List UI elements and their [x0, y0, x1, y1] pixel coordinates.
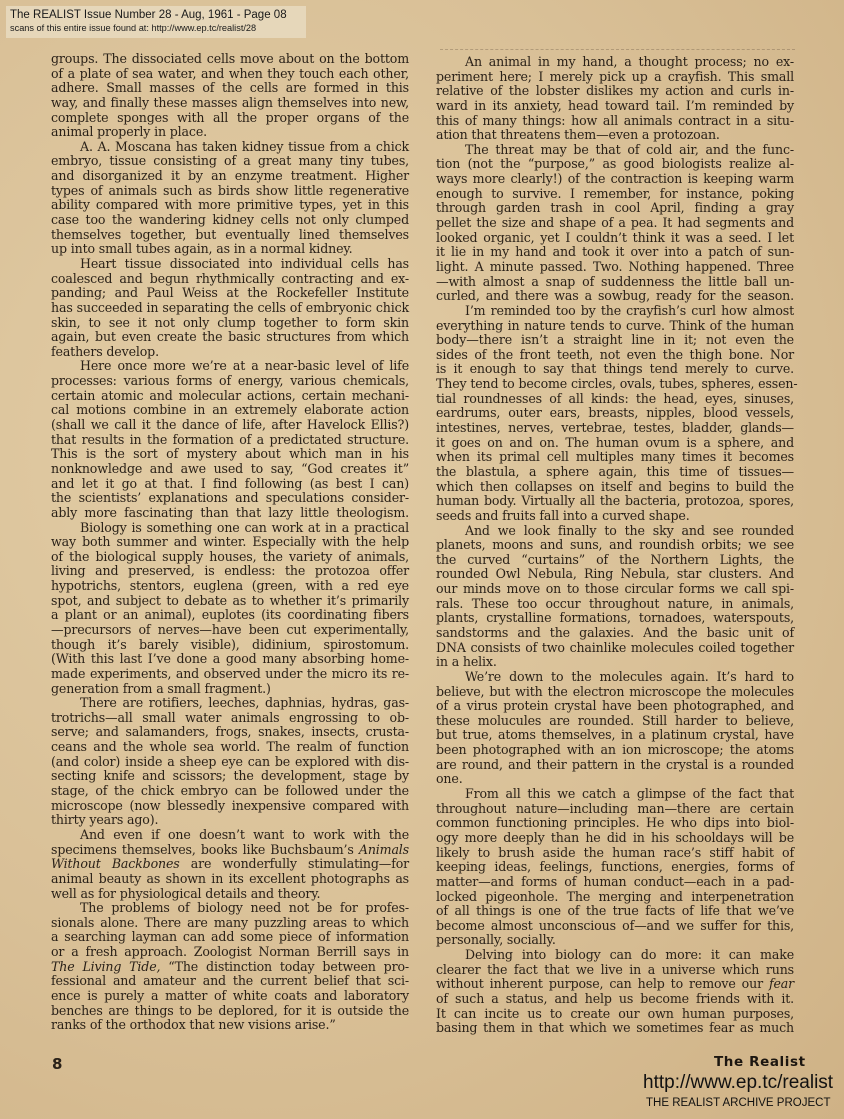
text-line: become almost unconscious of—and we suff…: [436, 919, 794, 934]
text-line: of a virus protein crystal have been pho…: [436, 699, 794, 714]
line-text: believe, but with the electron microscop…: [436, 684, 794, 699]
text-line: ation that threatens them—even a protozo…: [436, 128, 794, 143]
text-line: of such a status, and help us become fri…: [436, 992, 794, 1007]
line-text: benches are things to be deplored, for i…: [51, 1003, 409, 1018]
text-line: ability compared with more primitive typ…: [51, 198, 409, 213]
publication-name: The Realist: [714, 1054, 806, 1070]
text-line: or a fresh approach. Zoologist Norman Be…: [51, 945, 409, 960]
line-text: An animal in my hand, a thought process;…: [465, 54, 794, 69]
line-text: themselves together, but eventually line…: [51, 227, 409, 242]
line-text: stage, of the chick embryo can be follow…: [51, 783, 409, 798]
text-line: ogy more deeply than he did in his schoo…: [436, 831, 794, 846]
line-text: clearer the fact that we live in a unive…: [436, 962, 794, 977]
text-line: our minds move on to those circular form…: [436, 582, 794, 597]
line-text: It can incite us to create our own human…: [436, 1006, 794, 1021]
line-text: coalesced and begun rhythmically contrac…: [51, 271, 409, 286]
right-column: An animal in my hand, a thought process;…: [436, 55, 794, 1036]
text-line: this of many things: how all animals con…: [436, 114, 794, 129]
text-line: without inherent purpose, can help to re…: [436, 977, 794, 992]
line-text: enough to survive. I remember, for insta…: [436, 186, 794, 201]
text-line: Biology is something one can work at in …: [51, 521, 409, 536]
line-text: nonknowledge and awe used to say, “God c…: [51, 461, 409, 476]
line-text: locked pigeonhole. The merging and inter…: [436, 889, 794, 904]
line-text: it lie in my hand and took it over into …: [436, 244, 794, 259]
text-line: This is the sort of mystery about which …: [51, 447, 409, 462]
line-text: The problems of biology need not be for …: [80, 900, 409, 915]
text-line: pellet the size and shape of a pea. It h…: [436, 216, 794, 231]
line-text: ably more fascinating than that lazy lit…: [51, 505, 409, 520]
line-text: rals. These too occur throughout nature,…: [436, 596, 794, 611]
text-line: has succeeded in separating the cells of…: [51, 301, 409, 316]
line-text: matter—and forms of human conduct—each i…: [436, 874, 794, 889]
line-text: skin, to see it not only clump together …: [51, 315, 409, 330]
archive-url-link[interactable]: http://www.ep.tc/realist: [643, 1072, 833, 1094]
text-line: relative of the lobster dislikes my acti…: [436, 84, 794, 99]
text-line: basing them in that which we sometimes f…: [436, 1021, 794, 1036]
text-line: that results in the formation of a predi…: [51, 433, 409, 448]
italic-word: fear: [769, 976, 794, 991]
text-line: looked organic, yet I couldn’t think it …: [436, 231, 794, 246]
text-line: living and preserved, is endless: the pr…: [51, 564, 409, 579]
left-column: groups. The dissociated cells move about…: [51, 52, 409, 1033]
text-line: way, and finally these masses align them…: [51, 96, 409, 111]
line-text: looked organic, yet I couldn’t think it …: [436, 230, 794, 245]
line-text: way both summer and winter. Especially w…: [51, 534, 409, 549]
text-line: planets, moons and suns, and roundish or…: [436, 538, 794, 553]
text-line: light. A minute passed. Two. Nothing hap…: [436, 260, 794, 275]
line-text: And even if one doesn’t want to work wit…: [80, 827, 409, 842]
line-text: ence is purely a matter of white coats a…: [51, 988, 409, 1003]
text-line: ward in its anxiety, head toward tail. I…: [436, 99, 794, 114]
text-line: spot, and subject to debate as to whethe…: [51, 594, 409, 609]
text-line: groups. The dissociated cells move about…: [51, 52, 409, 67]
text-line: panding; and Paul Weiss at the Rockefell…: [51, 286, 409, 301]
line-text: in a helix.: [436, 654, 497, 669]
line-text: ability compared with more primitive typ…: [51, 197, 409, 212]
line-text: DNA consists of two chainlike molecules …: [436, 640, 794, 655]
text-line: —precursors of nerves—have been cut expe…: [51, 623, 409, 638]
text-line: (With this last I’ve done a good many ab…: [51, 652, 409, 667]
line-text: I’m reminded too by the crayfish’s curl …: [465, 303, 794, 318]
line-text: or a fresh approach. Zoologist Norman Be…: [51, 944, 409, 959]
line-text: complete sponges with all the proper org…: [51, 110, 409, 125]
text-line: specimens themselves, books like Buchsba…: [51, 843, 409, 858]
line-text: well as for physiological details and th…: [51, 886, 320, 901]
text-line: Heart tissue dissociated into individual…: [51, 257, 409, 272]
line-text: “The distinction today between pro-: [160, 959, 409, 974]
italic-word: Animals: [359, 842, 409, 857]
line-text: light. A minute passed. Two. Nothing hap…: [436, 259, 794, 274]
text-line: tial roundnesses of all kinds: the head,…: [436, 392, 794, 407]
line-text: a searching layman can add some piece of…: [51, 929, 409, 944]
text-line: common functioning principles. He who di…: [436, 816, 794, 831]
text-line: ceans and the whole sea world. The realm…: [51, 740, 409, 755]
text-line: through garden trash in cool April, find…: [436, 201, 794, 216]
text-line: animal properly in place.: [51, 125, 409, 140]
text-line: secting knife and scissors; the developm…: [51, 769, 409, 784]
line-text: ways more clearly!) of the contraction i…: [436, 171, 794, 186]
text-line: generation from a small fragment.): [51, 682, 409, 697]
text-line: a searching layman can add some piece of…: [51, 930, 409, 945]
line-text: animal beauty as shown in its excellent …: [51, 871, 409, 886]
text-line: adhere. Small masses of the cells are fo…: [51, 81, 409, 96]
line-text: Heart tissue dissociated into individual…: [80, 256, 409, 271]
text-line: tion (not the “purpose,” as good biologi…: [436, 157, 794, 172]
text-line: well as for physiological details and th…: [51, 887, 409, 902]
text-line: body—there isn’t a straight line in it; …: [436, 333, 794, 348]
line-text: the curved “curtains” of the Northern Li…: [436, 552, 794, 567]
line-text: certain atomic and molecular actions, ce…: [51, 388, 409, 403]
page-number: 8: [52, 1055, 62, 1073]
line-text: throughout nature—including man—there ar…: [436, 801, 794, 816]
line-text: the blastula, a sphere again, this time …: [436, 464, 794, 479]
text-line: rals. These too occur throughout nature,…: [436, 597, 794, 612]
text-line: ranks of the orthodox that new visions a…: [51, 1018, 409, 1033]
line-text: human body. Virtually all the bacteria, …: [436, 493, 794, 508]
line-text: personally, socially.: [436, 932, 556, 947]
text-line: human body. Virtually all the bacteria, …: [436, 494, 794, 509]
line-text: tial roundnesses of all kinds: the head,…: [436, 391, 794, 406]
line-text: A. A. Moscana has taken kidney tissue fr…: [80, 139, 409, 154]
text-line: skin, to see it not only clump together …: [51, 316, 409, 331]
text-line: it goes on and on. The human ovum is a s…: [436, 436, 794, 451]
text-line: of a plate of sea water, and when they t…: [51, 67, 409, 82]
line-text: generation from a small fragment.): [51, 681, 271, 696]
line-text: processes: various forms of energy, vari…: [51, 373, 409, 388]
text-line: Without Backbones are wonderfully stimul…: [51, 857, 409, 872]
line-text: through garden trash in cool April, find…: [436, 200, 794, 215]
italic-title: Without Backbones: [51, 856, 180, 871]
line-text: hypotrichs, stentors, euglena (green, wi…: [51, 578, 409, 593]
text-line: DNA consists of two chainlike molecules …: [436, 641, 794, 656]
text-line: a plant or an animal), euplotes (its coo…: [51, 608, 409, 623]
text-line: thirty years ago).: [51, 813, 409, 828]
line-text: are round, and their pattern in the crys…: [436, 757, 794, 772]
line-text: Delving into biology can do more: it can…: [465, 947, 794, 962]
text-line: embryo, tissue consisting of a great man…: [51, 154, 409, 169]
line-text: ation that threatens them—even a protozo…: [436, 127, 720, 142]
text-line: And even if one doesn’t want to work wit…: [51, 828, 409, 843]
line-text: panding; and Paul Weiss at the Rockefell…: [51, 285, 409, 300]
text-line: believe, but with the electron microscop…: [436, 685, 794, 700]
line-text: pellet the size and shape of a pea. It h…: [436, 215, 794, 230]
line-text: planets, moons and suns, and roundish or…: [436, 537, 794, 552]
text-line: way both summer and winter. Especially w…: [51, 535, 409, 550]
issue-source-note: scans of this entire issue found at: htt…: [10, 22, 302, 34]
line-text: (With this last I’ve done a good many ab…: [51, 651, 409, 666]
line-text: has succeeded in separating the cells of…: [51, 300, 409, 315]
line-text: way, and finally these masses align them…: [51, 95, 409, 110]
text-line: everything in nature tends to curve. Thi…: [436, 319, 794, 334]
text-line: processes: various forms of energy, vari…: [51, 374, 409, 389]
line-text: up into small tubes again, as in a norma…: [51, 241, 353, 256]
text-line: these molucules are rounded. Still harde…: [436, 714, 794, 729]
text-line: cal motions combine in an extremely elab…: [51, 403, 409, 418]
text-line: (shall we call it the dance of life, aft…: [51, 418, 409, 433]
issue-title: The REALIST Issue Number 28 - Aug, 1961 …: [10, 8, 302, 22]
archive-project-label: THE REALIST ARCHIVE PROJECT: [646, 1097, 830, 1109]
text-line: the curved “curtains” of the Northern Li…: [436, 553, 794, 568]
line-text: sandstorms and the galaxies. And the bas…: [436, 625, 794, 640]
line-text: and let it go at that. I find following …: [51, 476, 409, 491]
line-text: —precursors of nerves—have been cut expe…: [51, 622, 409, 637]
line-text: but true, atoms themselves, in a platinu…: [436, 727, 794, 742]
text-line: It can incite us to create our own human…: [436, 1007, 794, 1022]
text-line: ence is purely a matter of white coats a…: [51, 989, 409, 1004]
line-text: fessional and amateur and the current be…: [51, 973, 409, 988]
line-text: without inherent purpose, can help to re…: [436, 976, 769, 991]
line-text: these molucules are rounded. Still harde…: [436, 713, 794, 728]
text-line: (and color) inside a sheep eye can be ex…: [51, 755, 409, 770]
line-text: of such a status, and help us become fri…: [436, 991, 794, 1006]
text-line: it lie in my hand and took it over into …: [436, 245, 794, 260]
line-text: types of animals such as birds show litt…: [51, 183, 409, 198]
line-text: is it enough to say that things tend mer…: [436, 361, 794, 376]
line-text: They tend to become circles, ovals, tube…: [436, 376, 797, 391]
text-line: and disorganized it by an enzyme treatme…: [51, 169, 409, 184]
line-text: that results in the formation of a predi…: [51, 432, 409, 447]
line-text: basing them in that which we sometimes f…: [436, 1020, 794, 1035]
text-line: likely to brush aside the human race’s s…: [436, 846, 794, 861]
line-text: common functioning principles. He who di…: [436, 815, 794, 830]
text-line: serve; and salamanders, frogs, snakes, i…: [51, 725, 409, 740]
line-text: spot, and subject to debate as to whethe…: [51, 593, 409, 608]
text-line: periment here; I merely pick up a crayfi…: [436, 70, 794, 85]
text-line: Delving into biology can do more: it can…: [436, 948, 794, 963]
line-text: embryo, tissue consisting of a great man…: [51, 153, 409, 168]
text-line: sides of the front teeth, not even the t…: [436, 348, 794, 363]
line-text: And we look finally to the sky and see r…: [465, 523, 794, 538]
line-text: We’re down to the molecules again. It’s …: [465, 669, 794, 684]
text-line: matter—and forms of human conduct—each i…: [436, 875, 794, 890]
line-text: relative of the lobster dislikes my acti…: [436, 83, 794, 98]
text-line: which then collapses on itself and begin…: [436, 480, 794, 495]
text-line: From all this we catch a glimpse of the …: [436, 787, 794, 802]
text-line: up into small tubes again, as in a norma…: [51, 242, 409, 257]
text-line: hypotrichs, stentors, euglena (green, wi…: [51, 579, 409, 594]
line-text: sionals alone. There are many puzzling a…: [51, 915, 409, 930]
line-text: seeds and fruits fall into a curved shap…: [436, 508, 690, 523]
text-line: made experiments, and observed under the…: [51, 667, 409, 682]
line-text: cal motions combine in an extremely elab…: [51, 402, 409, 417]
text-line: Here once more we’re at a near-basic lev…: [51, 359, 409, 374]
line-text: periment here; I merely pick up a crayfi…: [436, 69, 794, 84]
text-line: locked pigeonhole. The merging and inter…: [436, 890, 794, 905]
text-line: We’re down to the molecules again. It’s …: [436, 670, 794, 685]
line-text: of all things is one of the true facts o…: [436, 903, 794, 918]
line-text: ward in its anxiety, head toward tail. I…: [436, 98, 794, 113]
line-text: keeping ideas, feelings, functions, ener…: [436, 859, 794, 874]
line-text: curled, and there was a sowbug, ready fo…: [436, 288, 794, 303]
text-line: benches are things to be deplored, for i…: [51, 1004, 409, 1019]
line-text: groups. The dissociated cells move about…: [51, 51, 409, 66]
text-line: feathers develop.: [51, 345, 409, 360]
text-line: plants, crystalline formations, tornadoe…: [436, 611, 794, 626]
text-line: ably more fascinating than that lazy lit…: [51, 506, 409, 521]
text-line: the blastula, a sphere again, this time …: [436, 465, 794, 480]
line-text: though it’s barely visible), didinium, s…: [51, 637, 409, 652]
text-line: An animal in my hand, a thought process;…: [436, 55, 794, 70]
line-text: thirty years ago).: [51, 812, 158, 827]
text-line: the scientists’ explanations and specula…: [51, 491, 409, 506]
line-text: ogy more deeply than he did in his schoo…: [436, 830, 794, 845]
line-text: a plant or an animal), euplotes (its coo…: [51, 607, 409, 622]
text-line: complete sponges with all the proper org…: [51, 111, 409, 126]
text-line: I’m reminded too by the crayfish’s curl …: [436, 304, 794, 319]
line-text: of a plate of sea water, and when they t…: [51, 66, 409, 81]
line-text: of the biological supply houses, the var…: [51, 549, 409, 564]
text-line: though it’s barely visible), didinium, s…: [51, 638, 409, 653]
line-text: one.: [436, 771, 463, 786]
text-line: types of animals such as birds show litt…: [51, 184, 409, 199]
text-line: again, but even create the basic structu…: [51, 330, 409, 345]
italic-title: The Living Tide,: [51, 959, 160, 974]
line-text: likely to brush aside the human race’s s…: [436, 845, 794, 860]
line-text: and disorganized it by an enzyme treatme…: [51, 168, 409, 183]
line-text: ceans and the whole sea world. The realm…: [51, 739, 409, 754]
line-text: our minds move on to those circular form…: [436, 581, 794, 596]
text-line: in a helix.: [436, 655, 794, 670]
text-line: rounded Owl Nebula, Ring Nebula, star cl…: [436, 567, 794, 582]
line-text: the scientists’ explanations and specula…: [51, 490, 409, 505]
line-text: it goes on and on. The human ovum is a s…: [436, 435, 794, 450]
text-line: clearer the fact that we live in a unive…: [436, 963, 794, 978]
line-text: secting knife and scissors; the developm…: [51, 768, 409, 783]
text-line: sionals alone. There are many puzzling a…: [51, 916, 409, 931]
line-text: made experiments, and observed under the…: [51, 666, 409, 681]
line-text: living and preserved, is endless: the pr…: [51, 563, 409, 578]
text-line: throughout nature—including man—there ar…: [436, 802, 794, 817]
line-text: when its primal cell multiples many time…: [436, 449, 794, 464]
text-line: seeds and fruits fall into a curved shap…: [436, 509, 794, 524]
text-line: themselves together, but eventually line…: [51, 228, 409, 243]
line-text: become almost unconscious of—and we suff…: [436, 918, 794, 933]
text-line: intestines, nerves, vertebrae, testes, b…: [436, 421, 794, 436]
text-line: animal beauty as shown in its excellent …: [51, 872, 409, 887]
text-line: trotrichs—all small water animals engros…: [51, 711, 409, 726]
text-line: when its primal cell multiples many time…: [436, 450, 794, 465]
line-text: plants, crystalline formations, tornadoe…: [436, 610, 794, 625]
text-line: been photographed with an ion microscope…: [436, 743, 794, 758]
line-text: this of many things: how all animals con…: [436, 113, 794, 128]
line-text: sides of the front teeth, not even the t…: [436, 347, 794, 362]
column-top-rule: [440, 49, 795, 51]
line-text: From all this we catch a glimpse of the …: [465, 786, 794, 801]
text-line: sandstorms and the galaxies. And the bas…: [436, 626, 794, 641]
text-line: is it enough to say that things tend mer…: [436, 362, 794, 377]
text-line: They tend to become circles, ovals, tube…: [436, 377, 794, 392]
text-line: And we look finally to the sky and see r…: [436, 524, 794, 539]
text-line: of the biological supply houses, the var…: [51, 550, 409, 565]
text-line: microscope (now blessedly inexpensive co…: [51, 799, 409, 814]
text-line: stage, of the chick embryo can be follow…: [51, 784, 409, 799]
text-line: personally, socially.: [436, 933, 794, 948]
line-text: specimens themselves, books like Buchsba…: [51, 842, 359, 857]
line-text: feathers develop.: [51, 344, 159, 359]
text-line: —with almost a snap of suddenness the li…: [436, 275, 794, 290]
line-text: (and color) inside a sheep eye can be ex…: [51, 754, 409, 769]
line-text: adhere. Small masses of the cells are fo…: [51, 80, 409, 95]
text-line: The Living Tide, “The distinction today …: [51, 960, 409, 975]
line-text: intestines, nerves, vertebrae, testes, b…: [436, 420, 794, 435]
text-line: eardrums, outer ears, breasts, nipples, …: [436, 406, 794, 421]
text-line: of all things is one of the true facts o…: [436, 904, 794, 919]
text-line: case too the wandering kidney cells not …: [51, 213, 409, 228]
line-text: everything in nature tends to curve. Thi…: [436, 318, 794, 333]
line-text: body—there isn’t a straight line in it; …: [436, 332, 794, 347]
text-line: A. A. Moscana has taken kidney tissue fr…: [51, 140, 409, 155]
text-line: one.: [436, 772, 794, 787]
line-text: which then collapses on itself and begin…: [436, 479, 794, 494]
line-text: ranks of the orthodox that new visions a…: [51, 1017, 336, 1032]
text-line: coalesced and begun rhythmically contrac…: [51, 272, 409, 287]
text-line: curled, and there was a sowbug, ready fo…: [436, 289, 794, 304]
line-text: (shall we call it the dance of life, aft…: [51, 417, 409, 432]
line-text: trotrichs—all small water animals engros…: [51, 710, 409, 725]
line-text: The threat may be that of cold air, and …: [465, 142, 794, 157]
text-line: The problems of biology need not be for …: [51, 901, 409, 916]
line-text: microscope (now blessedly inexpensive co…: [51, 798, 409, 813]
text-line: The threat may be that of cold air, and …: [436, 143, 794, 158]
line-text: Biology is something one can work at in …: [80, 520, 409, 535]
line-text: This is the sort of mystery about which …: [51, 446, 409, 461]
text-line: enough to survive. I remember, for insta…: [436, 187, 794, 202]
line-text: are wonderfully stimulating—for: [180, 856, 409, 871]
line-text: Here once more we’re at a near-basic lev…: [80, 358, 409, 373]
line-text: eardrums, outer ears, breasts, nipples, …: [436, 405, 794, 420]
line-text: been photographed with an ion microscope…: [436, 742, 794, 757]
line-text: of a virus protein crystal have been pho…: [436, 698, 794, 713]
text-line: are round, and their pattern in the crys…: [436, 758, 794, 773]
text-line: but true, atoms themselves, in a platinu…: [436, 728, 794, 743]
text-line: and let it go at that. I find following …: [51, 477, 409, 492]
text-line: fessional and amateur and the current be…: [51, 974, 409, 989]
line-text: rounded Owl Nebula, Ring Nebula, star cl…: [436, 566, 794, 581]
line-text: animal properly in place.: [51, 124, 207, 139]
line-text: tion (not the “purpose,” as good biologi…: [436, 156, 794, 171]
scan-header: The REALIST Issue Number 28 - Aug, 1961 …: [6, 6, 306, 38]
text-line: There are rotifiers, leeches, daphnias, …: [51, 696, 409, 711]
text-line: certain atomic and molecular actions, ce…: [51, 389, 409, 404]
line-text: case too the wandering kidney cells not …: [51, 212, 409, 227]
text-line: ways more clearly!) of the contraction i…: [436, 172, 794, 187]
text-line: nonknowledge and awe used to say, “God c…: [51, 462, 409, 477]
line-text: —with almost a snap of suddenness the li…: [436, 274, 794, 289]
line-text: There are rotifiers, leeches, daphnias, …: [80, 695, 409, 710]
line-text: serve; and salamanders, frogs, snakes, i…: [51, 724, 409, 739]
text-line: keeping ideas, feelings, functions, ener…: [436, 860, 794, 875]
line-text: again, but even create the basic structu…: [51, 329, 409, 344]
